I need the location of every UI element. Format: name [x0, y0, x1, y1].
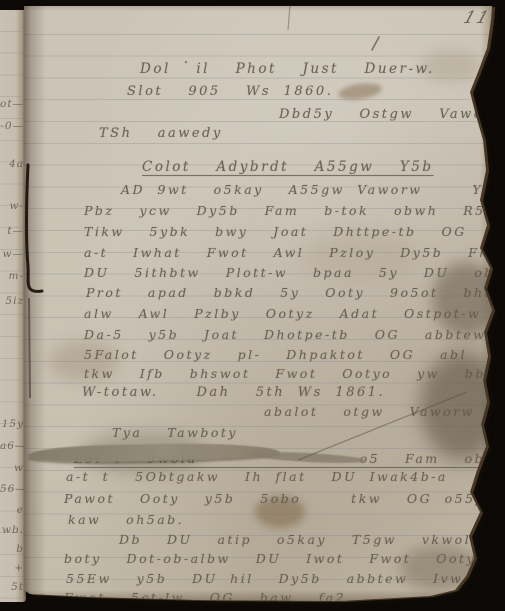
manuscript-line: 5Falot Ootyz pl- Dhpaktot OG abl	[84, 347, 467, 362]
manuscript-line: tkw Ifb bhswot Fwot Ootyo yw bb	[84, 366, 486, 381]
manuscript-line: Da-5 y5b Joat Dhotpe-tb OG abbtew	[84, 327, 487, 342]
manuscript-page: Dol il Phot Just Duer-w.Slot 905 Ws 1860…	[24, 4, 502, 606]
manuscript-line: AD 9wt o5kay A55gw Vaworw Y5b	[121, 182, 504, 197]
manuscript-line: Tya Tawboty	[112, 425, 238, 440]
manuscript-line: a-t Iwhat Fwot Awl Pzloy Dy5b Fkw	[84, 245, 503, 260]
page-wrap: Dol il Phot Just Duer-w.Slot 905 Ws 1860…	[0, 0, 505, 611]
manuscript-line: Fwot 5ct-lw OG baw fa2.	[64, 590, 353, 605]
manuscript-line: Pawot Ooty y5b 5obo tkw OG o55y fa	[64, 491, 505, 506]
ink-smudge-stain	[337, 81, 383, 102]
manuscript-line: a-t t 5Obtgakw Ih flat DU Iwak4b-a	[66, 469, 448, 484]
manuscript-line: Colot Adybrdt A55gw Y5b	[142, 159, 434, 175]
manuscript-line: Slot 905 Ws 1860.	[127, 84, 333, 99]
manuscript-line: TSh aawedy	[99, 126, 223, 141]
manuscript-line: W-totaw. Dah 5th Ws 1861.	[82, 385, 385, 400]
manuscript-line: Pbz ycw Dy5b Fam b-tok obwh R55y	[84, 203, 505, 218]
manuscript-line: boty Dot-ob-albw DU Iwot Fwot Ooty l	[64, 551, 505, 566]
manuscript-line: Prot apad bbkd 5y Ooty 9o5ot bht	[86, 285, 492, 300]
manuscript-line: kaw oh5ab.	[68, 512, 184, 527]
manuscript-line: Db DU atip o5kay T5gw vkwol a-l	[119, 532, 505, 547]
manuscript-line: DU 5ithbtw Plott-w bpaa 5y DU obot	[84, 265, 505, 280]
manuscript-line: Tikw 5ybk bwy Joat Dhttpe-tb OG Fad—	[84, 224, 505, 239]
gutter-shadow	[24, 4, 46, 606]
manuscript-line: Dbd5y Ostgw Vaworw	[279, 107, 505, 122]
manuscript-line: alw Awl Pzlby Ootyz Adat Ostpot-w	[84, 306, 481, 321]
photo-canvas: ot—-0—4aw-t—w—m-5iz15ya6—w56—ewb.b+5t Do…	[0, 0, 505, 611]
manuscript-line: Dol il Phot Just Duer-w.	[140, 61, 435, 77]
manuscript-line: abalot otgw Vaworw	[264, 404, 475, 419]
page-top-edge	[24, 4, 502, 11]
manuscript-line: 55Ew y5b DU hil Dy5b abbtew Ivw	[66, 571, 463, 586]
